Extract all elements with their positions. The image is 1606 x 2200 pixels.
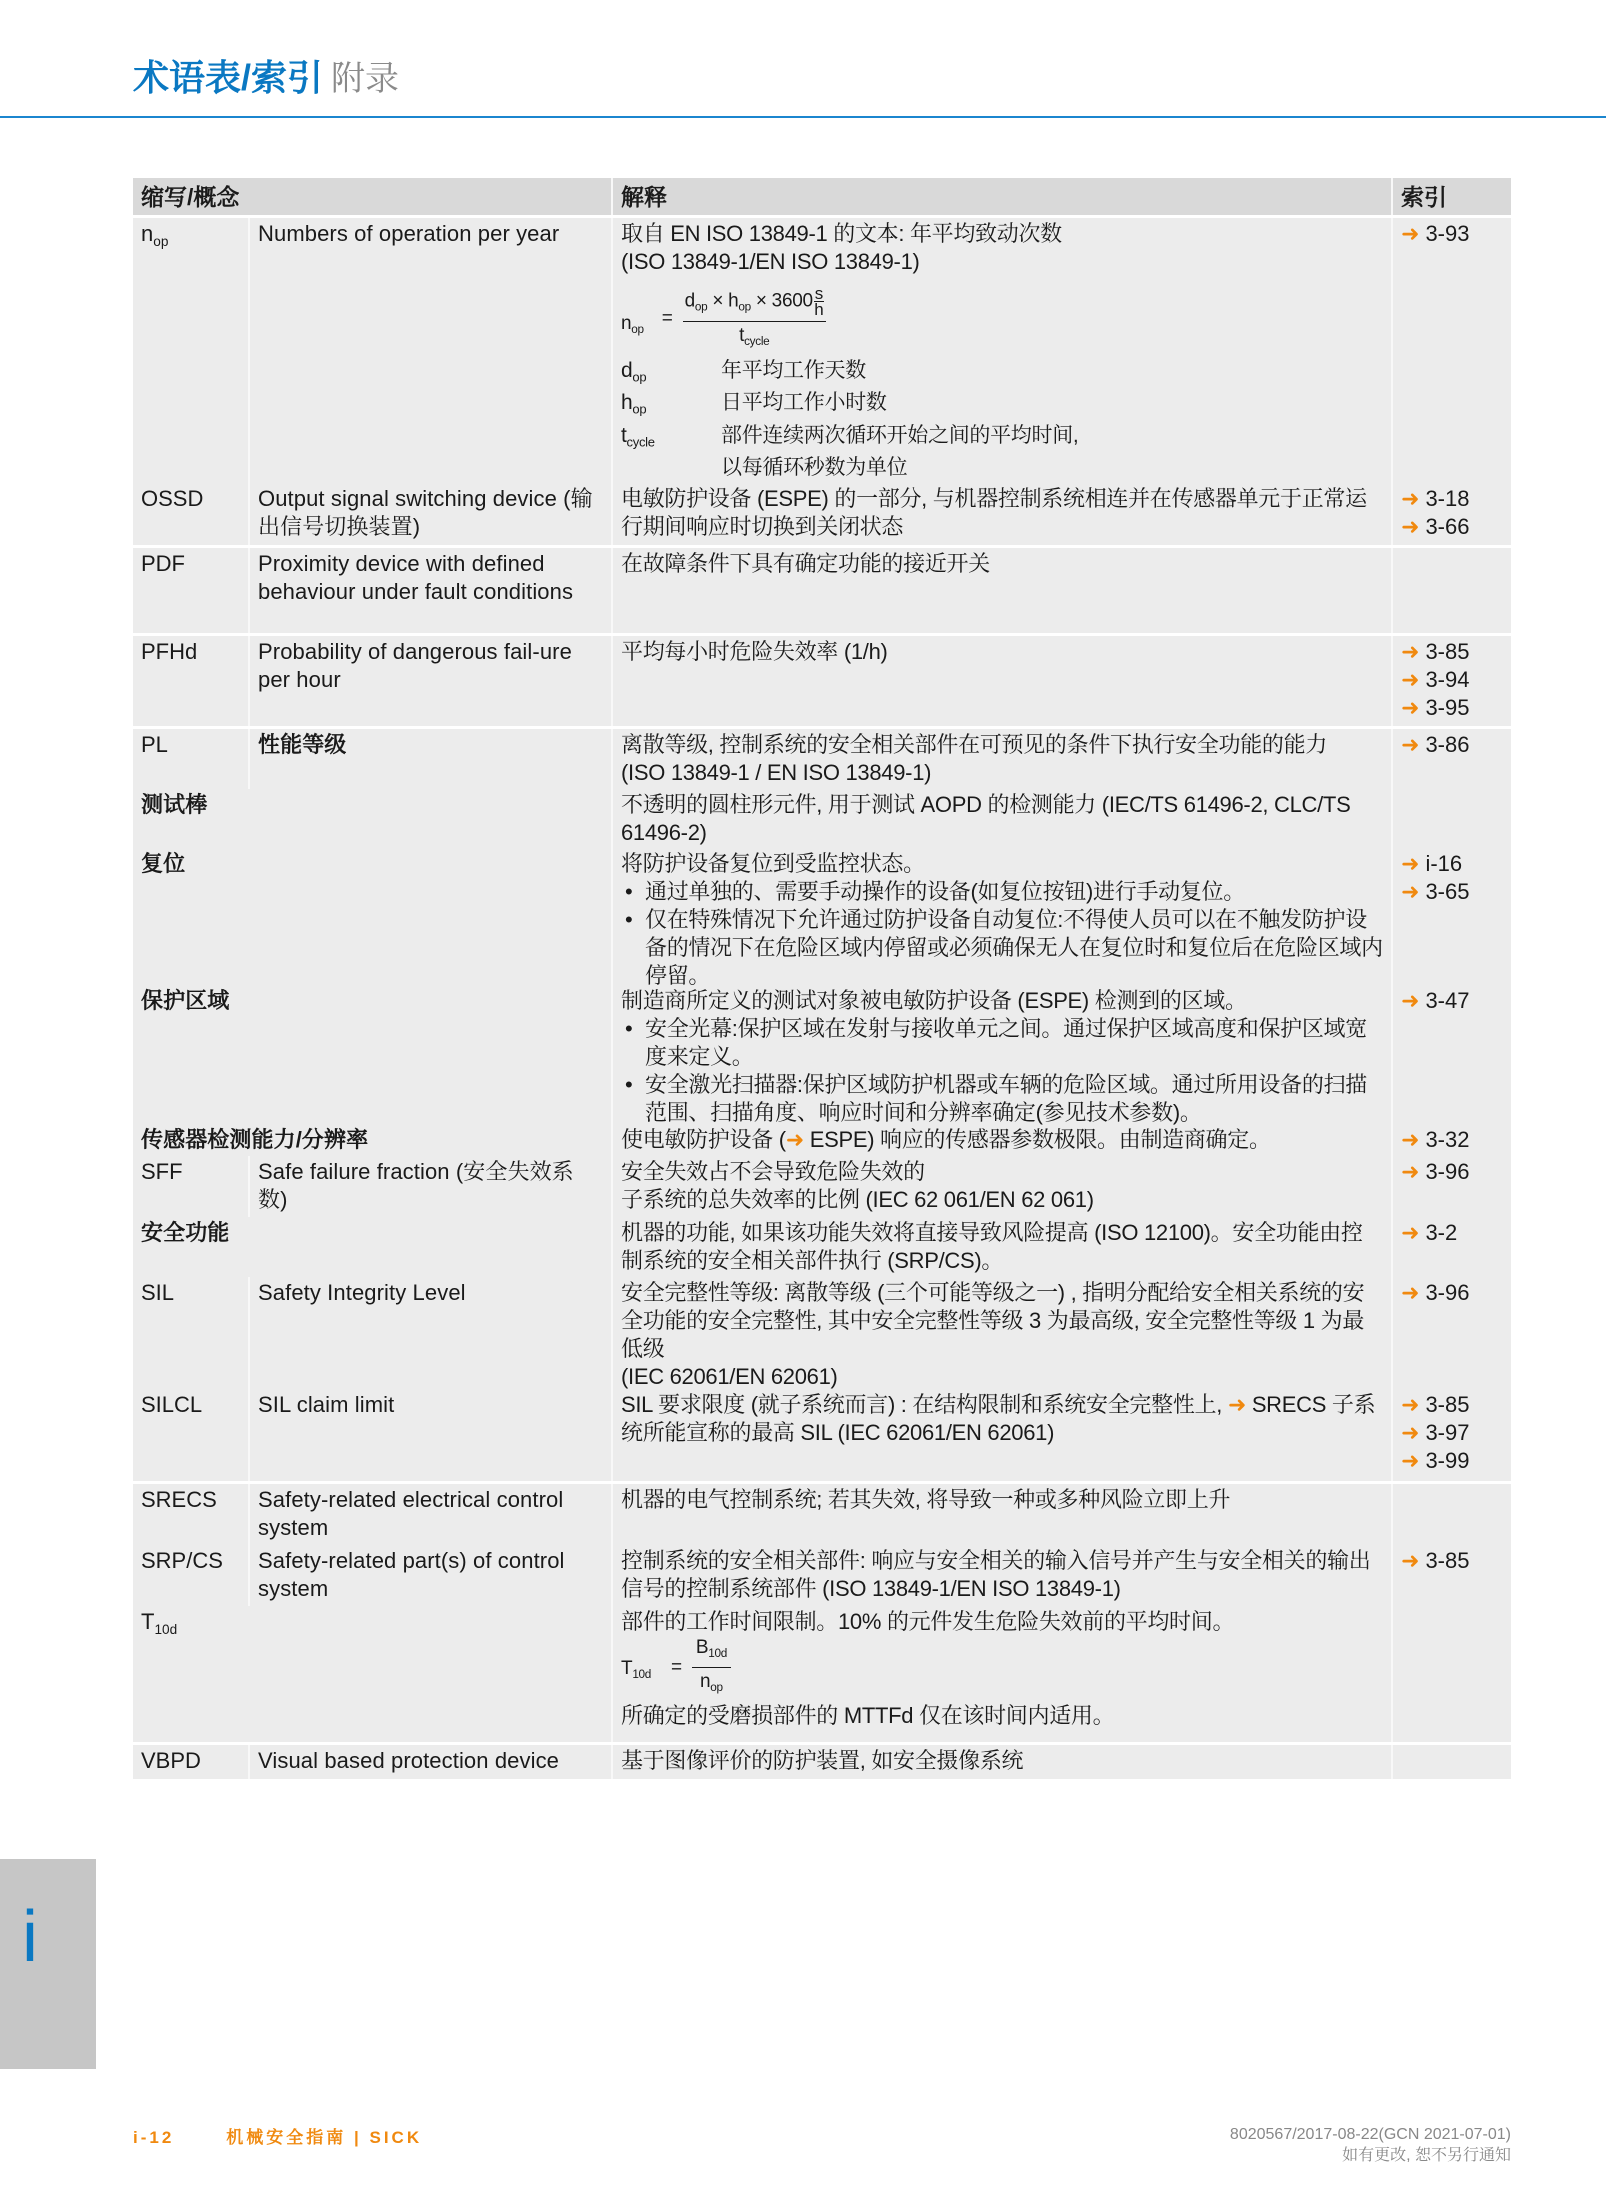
def-symbol [621, 455, 721, 481]
expl-line: 取自 EN ISO 13849-1 的文本: 年平均致动次数 [621, 220, 1383, 248]
arrow-right-icon: ➜ [1401, 485, 1419, 513]
formula-sub: op [631, 323, 644, 336]
ref-page: 3-99 [1425, 1447, 1469, 1475]
formula-equals: = [662, 309, 673, 329]
formula-symbol: h [728, 291, 738, 312]
table-row-pdf: PDF Proximity device with defined behavi… [133, 548, 1511, 633]
abbr-cell: T10d [133, 1606, 613, 1742]
ref-page: 3-96 [1425, 1158, 1469, 1186]
index-cell [1393, 1745, 1511, 1779]
index-cell: ➜3-96 [1393, 1156, 1511, 1218]
term-cell: Proximity device with defined behaviour … [250, 548, 613, 633]
ref-page: 3-85 [1425, 1547, 1469, 1575]
explanation-cell: 平均每小时危险失效率 (1/h) [613, 636, 1393, 726]
formula-symbol: n [621, 313, 631, 334]
def-symbol: dop [621, 358, 721, 391]
table-row-ossd: OSSD Output signal switching device (输出信… [133, 483, 1511, 545]
expl-line: 部件的工作时间限制。10% 的元件发生危险失效前的平均时间。 [621, 1608, 1383, 1636]
def-sub: op [632, 402, 646, 417]
header-divider [0, 116, 1606, 118]
formula-sub: op [710, 1681, 723, 1694]
bullet-list: 通过单独的、需要手动操作的设备(如复位按钮)进行手动复位。 仅在特殊情况下允许通… [621, 878, 1383, 990]
def-sym: h [621, 391, 632, 414]
abbr-cell: nop [133, 218, 250, 485]
abbr-cell: SILCL [133, 1389, 250, 1481]
explanation-cell: 机器的功能, 如果该功能失效将直接导致风险提高 (ISO 12100)。安全功能… [613, 1217, 1393, 1279]
expl-line: (ISO 13849-1 / EN ISO 13849-1) [621, 759, 1383, 787]
index-link[interactable]: ➜3-85 [1401, 1391, 1503, 1419]
page-title: 术语表/索引附录 [133, 56, 399, 101]
ref-page: 3-95 [1425, 694, 1469, 722]
expl-text: ) 响应的传感器参数极限。由制造商确定。 [867, 1127, 1270, 1152]
formula-sub: 10d [632, 1668, 651, 1681]
formula-sub: cycle [744, 335, 769, 348]
ref-page: 3-65 [1425, 878, 1469, 906]
arrow-right-icon: ➜ [786, 1127, 810, 1152]
bullet-item: 安全光幕:保护区域在发射与接收单元之间。通过保护区域高度和保护区域宽度来定义。 [621, 1015, 1383, 1071]
arrow-right-icon: ➜ [1401, 638, 1419, 666]
bullet-item: 通过单独的、需要手动操作的设备(如复位按钮)进行手动复位。 [621, 878, 1383, 906]
explanation-cell: 安全完整性等级: 离散等级 (三个可能等级之一) , 指明分配给安全相关系统的安… [613, 1277, 1393, 1395]
index-cell: ➜3-93 [1393, 218, 1511, 485]
index-link[interactable]: ➜3-85 [1401, 1547, 1503, 1575]
arrow-right-icon: ➜ [1401, 850, 1419, 878]
ref-page: 3-85 [1425, 1391, 1469, 1419]
term-cell: Numbers of operation per year [250, 218, 613, 485]
index-cell [1393, 1484, 1511, 1546]
index-link[interactable]: ➜3-99 [1401, 1447, 1503, 1475]
ref-page: 3-66 [1425, 513, 1469, 541]
page-header: 术语表/索引附录 [0, 0, 1606, 120]
ref-page: 3-97 [1425, 1419, 1469, 1447]
term-cell: Visual based protection device [250, 1745, 613, 1779]
explanation-cell: 机器的电气控制系统; 若其失效, 将导致一种或多种风险立即上升 [613, 1484, 1393, 1546]
table-row-srpcs: SRP/CS Safety-related part(s) of control… [133, 1545, 1511, 1603]
index-cell: ➜3-85 ➜3-94 ➜3-95 [1393, 636, 1511, 726]
term-cell: Safety Integrity Level [250, 1277, 613, 1395]
formula-times: × [756, 291, 767, 312]
term-cell: SIL claim limit [250, 1389, 613, 1481]
table-row-test-rod: 测试棒 不透明的圆柱形元件, 用于测试 AOPD 的检测能力 (IEC/TS 6… [133, 789, 1511, 845]
table-row-pl: PL 性能等级 离散等级, 控制系统的安全相关部件在可预见的条件下执行安全功能的… [133, 729, 1511, 786]
ref-page: 3-85 [1425, 638, 1469, 666]
index-link[interactable]: ➜3-97 [1401, 1419, 1503, 1447]
arrow-right-icon: ➜ [1401, 878, 1419, 906]
formula-denominator: nop [700, 1668, 723, 1698]
page-number: i-12 [133, 2128, 174, 2147]
formula-symbol: n [700, 1671, 710, 1692]
table-row-safety-function: 安全功能 机器的功能, 如果该功能失效将直接导致风险提高 (ISO 12100)… [133, 1217, 1511, 1274]
arrow-right-icon: ➜ [1401, 987, 1419, 1015]
expl-text: SIL 要求限度 (就子系统而言) : 在结构限制和系统安全完整性上, [621, 1392, 1228, 1417]
abbr-subscript: 10d [154, 1622, 177, 1637]
ref-page: 3-2 [1425, 1219, 1457, 1247]
arrow-right-icon: ➜ [1401, 513, 1419, 541]
index-cell: ➜i-16 ➜3-65 [1393, 848, 1511, 994]
term-cell: 性能等级 [250, 729, 613, 791]
ref-page: 3-47 [1425, 987, 1469, 1015]
def-text: 日平均工作小时数 [721, 390, 1383, 423]
formula-sub: op [695, 301, 708, 314]
explanation-cell: 离散等级, 控制系统的安全相关部件在可预见的条件下执行安全功能的能力 (ISO … [613, 729, 1393, 791]
explanation-cell: 取自 EN ISO 13849-1 的文本: 年平均致动次数 (ISO 1384… [613, 218, 1393, 485]
explanation-cell: 不透明的圆柱形元件, 用于测试 AOPD 的检测能力 (IEC/TS 61496… [613, 789, 1393, 851]
arrow-right-icon: ➜ [1401, 1158, 1419, 1186]
glossary-table: 缩写/概念 解释 索引 nop Numbers of operation per… [133, 178, 1511, 1777]
expl-line: 安全完整性等级: 离散等级 (三个可能等级之一) , 指明分配给安全相关系统的安… [621, 1279, 1383, 1363]
index-cell: ➜3-18 ➜3-66 [1393, 483, 1511, 545]
arrow-right-icon: ➜ [1401, 220, 1419, 248]
bullet-list: 安全光幕:保护区域在发射与接收单元之间。通过保护区域高度和保护区域宽度来定义。 … [621, 1015, 1383, 1127]
ref-page: 3-96 [1425, 1279, 1469, 1307]
arrow-right-icon: ➜ [1401, 1126, 1419, 1154]
espe-link[interactable]: ➜ ESPE [786, 1127, 867, 1152]
formula-numerator: B10d [692, 1638, 731, 1668]
explanation-cell: 安全失效占不会导致危险失效的 子系统的总失效率的比例 (IEC 62 061/E… [613, 1156, 1393, 1218]
column-header-explanation: 解释 [613, 178, 1393, 215]
expl-line: 所确定的受磨损部件的 MTTFd 仅在该时间内适用。 [621, 1702, 1383, 1730]
abbr-cell: OSSD [133, 483, 250, 545]
formula-denominator: tcycle [739, 322, 769, 352]
column-header-abbr-concept: 缩写/概念 [133, 178, 613, 215]
column-header-index: 索引 [1393, 178, 1511, 215]
footer-left: i-12机械安全指南 | SICK [133, 2123, 422, 2148]
expl-text: 使电敏防护设备 ( [621, 1127, 786, 1152]
expl-line: 离散等级, 控制系统的安全相关部件在可预见的条件下执行安全功能的能力 [621, 731, 1383, 759]
arrow-right-icon: ➜ [1401, 1279, 1419, 1307]
def-text: 以每循环秒数为单位 [721, 455, 1383, 481]
abbr-cell: PDF [133, 548, 250, 633]
def-sym: d [621, 359, 632, 382]
index-link[interactable]: ➜3-47 [1401, 987, 1503, 1015]
explanation-cell: 控制系统的安全相关部件: 响应与安全相关的输入信号并产生与安全相关的输出信号的控… [613, 1545, 1393, 1607]
index-link[interactable]: ➜3-93 [1401, 220, 1503, 248]
footer-right: 8020567/2017-08-22(GCN 2021-07-01) 如有更改,… [1230, 2124, 1511, 2166]
explanation-cell: 制造商所定义的测试对象被电敏防护设备 (ESPE) 检测到的区域。 安全光幕:保… [613, 985, 1393, 1131]
concept-cell: 保护区域 [133, 985, 613, 1131]
index-cell: ➜3-86 [1393, 729, 1511, 791]
def-symbol: tcycle [621, 423, 721, 456]
index-link[interactable]: ➜3-96 [1401, 1279, 1503, 1307]
abbr-cell: SIL [133, 1277, 250, 1395]
formula-lhs: nop [621, 314, 644, 340]
explanation-cell: 将防护设备复位到受监控状态。 通过单独的、需要手动操作的设备(如复位按钮)进行手… [613, 848, 1393, 994]
formula-nop: nop = dop × hop × 3600sh tcycle [621, 286, 1383, 352]
ref-page: 3-86 [1425, 731, 1469, 759]
formula-t10d: T10d = B10d nop [621, 1638, 1383, 1698]
abbr-subscript: op [153, 234, 168, 249]
ref-page: i-16 [1425, 850, 1462, 878]
expl-line: (ISO 13849-1/EN ISO 13849-1) [621, 248, 1383, 276]
arrow-right-icon: ➜ [1401, 666, 1419, 694]
def-sub: cycle [627, 434, 655, 449]
arrow-right-icon: ➜ [1401, 1447, 1419, 1475]
arrow-right-icon: ➜ [1401, 1391, 1419, 1419]
abbr-text: n [141, 221, 153, 246]
index-cell: ➜3-85 [1393, 1545, 1511, 1607]
bullet-item: 安全激光扫描器:保护区域防护机器或车辆的危险区域。通过所用设备的扫描范围、扫描角… [621, 1071, 1383, 1127]
variable-definitions: dop年平均工作天数 hop日平均工作小时数 tcycle部件连续两次循环开始之… [621, 358, 1383, 482]
formula-times: × [712, 291, 723, 312]
def-text: 年平均工作天数 [721, 358, 1383, 391]
title-main: 术语表/索引 [133, 57, 323, 98]
ref-page: 3-93 [1425, 220, 1469, 248]
link-text: ESPE [810, 1127, 868, 1152]
abbr-cell: SFF [133, 1156, 250, 1218]
formula-fraction: B10d nop [692, 1638, 731, 1698]
index-link[interactable]: ➜3-95 [1401, 694, 1503, 722]
index-cell [1393, 1606, 1511, 1742]
concept-cell: 测试棒 [133, 789, 613, 851]
index-link[interactable]: ➜3-85 [1401, 638, 1503, 666]
table-row-t10d: T10d 部件的工作时间限制。10% 的元件发生危险失效前的平均时间。 T10d… [133, 1606, 1511, 1742]
index-cell [1393, 548, 1511, 633]
arrow-right-icon: ➜ [1228, 1392, 1252, 1417]
expl-line: 将防护设备复位到受监控状态。 [621, 850, 1383, 878]
table-row-sff: SFF Safe failure fraction (安全失效系数) 安全失效占… [133, 1156, 1511, 1214]
change-notice: 如有更改, 恕不另行通知 [1230, 2145, 1511, 2166]
ref-page: 3-32 [1425, 1126, 1469, 1154]
title-sub: 附录 [331, 60, 399, 98]
index-link[interactable]: ➜3-32 [1401, 1126, 1503, 1154]
expl-line: (IEC 62061/EN 62061) [621, 1363, 1383, 1391]
expl-line: 制造商所定义的测试对象被电敏防护设备 (ESPE) 检测到的区域。 [621, 987, 1383, 1015]
formula-numerator: dop × hop × 3600sh [683, 286, 826, 322]
unit-den: h [814, 302, 823, 317]
arrow-right-icon: ➜ [1401, 694, 1419, 722]
link-text: SRECS [1252, 1392, 1326, 1417]
arrow-right-icon: ➜ [1401, 1419, 1419, 1447]
explanation-cell: 在故障条件下具有确定功能的接近开关 [613, 548, 1393, 633]
expl-line: 安全失效占不会导致危险失效的 [621, 1158, 1383, 1186]
index-cell: ➜3-32 [1393, 1124, 1511, 1158]
abbr-cell: PFHd [133, 636, 250, 726]
abbr-text: T [141, 1609, 154, 1634]
document-id: 8020567/2017-08-22(GCN 2021-07-01) [1230, 2124, 1511, 2145]
arrow-right-icon: ➜ [1401, 1547, 1419, 1575]
index-cell: ➜3-96 [1393, 1277, 1511, 1395]
arrow-right-icon: ➜ [1401, 1219, 1419, 1247]
term-cell: Safety-related electrical control system [250, 1484, 613, 1546]
formula-symbol: B [696, 1637, 708, 1658]
abbr-cell: PL [133, 729, 250, 791]
table-row-silcl: SILCL SIL claim limit SIL 要求限度 (就子系统而言) … [133, 1389, 1511, 1481]
index-link[interactable]: ➜i-16 [1401, 850, 1503, 878]
index-link[interactable]: ➜3-94 [1401, 666, 1503, 694]
table-row-nop: nop Numbers of operation per year 取自 EN … [133, 218, 1511, 480]
table-row-reset: 复位 将防护设备复位到受监控状态。 通过单独的、需要手动操作的设备(如复位按钮)… [133, 848, 1511, 982]
explanation-cell: 部件的工作时间限制。10% 的元件发生危险失效前的平均时间。 T10d = B1… [613, 1606, 1393, 1742]
formula-unit: sh [814, 286, 824, 317]
index-link[interactable]: ➜3-96 [1401, 1158, 1503, 1186]
index-cell: ➜3-2 [1393, 1217, 1511, 1279]
table-row-sil: SIL Safety Integrity Level 安全完整性等级: 离散等级… [133, 1277, 1511, 1386]
table-row-sensor-resolution: 传感器检测能力/分辨率 使电敏防护设备 (➜ ESPE) 响应的传感器参数极限。… [133, 1124, 1511, 1153]
explanation-cell: SIL 要求限度 (就子系统而言) : 在结构限制和系统安全完整性上, ➜ SR… [613, 1389, 1393, 1481]
formula-symbol: T [621, 1658, 632, 1679]
footer-brand: 机械安全指南 | SICK [226, 2128, 422, 2147]
abbr-cell: SRP/CS [133, 1545, 250, 1607]
index-link[interactable]: ➜3-18 [1401, 485, 1503, 513]
term-cell: Safe failure fraction (安全失效系数) [250, 1156, 613, 1218]
def-text: 部件连续两次循环开始之间的平均时间, [721, 423, 1383, 456]
concept-cell: 安全功能 [133, 1217, 613, 1279]
abbr-cell: VBPD [133, 1745, 250, 1779]
term-cell: Safety-related part(s) of control system [250, 1545, 613, 1607]
formula-symbol: d [685, 291, 695, 312]
bullet-item: 仅在特殊情况下允许通过防护设备自动复位:不得使人员可以在不触发防护设备的情况下在… [621, 906, 1383, 990]
explanation-cell: 基于图像评价的防护装置, 如安全摄像系统 [613, 1745, 1393, 1779]
index-cell: ➜3-47 [1393, 985, 1511, 1131]
table-row-srecs: SRECS Safety-related electrical control … [133, 1484, 1511, 1542]
ref-page: 3-94 [1425, 666, 1469, 694]
arrow-right-icon: ➜ [1401, 731, 1419, 759]
table-row-protective-field: 保护区域 制造商所定义的测试对象被电敏防护设备 (ESPE) 检测到的区域。 安… [133, 985, 1511, 1121]
index-link[interactable]: ➜3-66 [1401, 513, 1503, 541]
term-cell: Output signal switching device (输出信号切换装置… [250, 483, 613, 545]
table-row-pfhd: PFHd Probability of dangerous fail-ure p… [133, 636, 1511, 726]
term-cell: Probability of dangerous fail-ure per ho… [250, 636, 613, 726]
concept-cell: 传感器检测能力/分辨率 [133, 1124, 613, 1158]
formula-constant: 3600 [772, 291, 813, 312]
ref-page: 3-18 [1425, 485, 1469, 513]
index-cell: ➜3-85 ➜3-97 ➜3-99 [1393, 1389, 1511, 1481]
formula-sub: 10d [708, 1647, 727, 1660]
abbr-cell: SRECS [133, 1484, 250, 1546]
srecs-link[interactable]: ➜ SRECS [1228, 1392, 1326, 1417]
chapter-tab-index[interactable]: i [0, 1859, 96, 2069]
index-cell [1393, 789, 1511, 851]
def-sub: op [632, 369, 646, 384]
table-header-row: 缩写/概念 解释 索引 [133, 178, 1511, 215]
formula-lhs: T10d [621, 1659, 651, 1685]
def-symbol: hop [621, 390, 721, 423]
index-link[interactable]: ➜3-86 [1401, 731, 1503, 759]
concept-cell: 复位 [133, 848, 613, 994]
table-row-vbpd: VBPD Visual based protection device 基于图像… [133, 1745, 1511, 1774]
formula-fraction: dop × hop × 3600sh tcycle [683, 286, 826, 352]
info-icon: i [22, 1897, 38, 1977]
expl-line: 子系统的总失效率的比例 (IEC 62 061/EN 62 061) [621, 1186, 1383, 1214]
formula-equals: = [671, 1658, 682, 1678]
explanation-cell: 电敏防护设备 (ESPE) 的一部分, 与机器控制系统相连并在传感器单元于正常运… [613, 483, 1393, 545]
formula-sub: op [738, 301, 751, 314]
explanation-cell: 使电敏防护设备 (➜ ESPE) 响应的传感器参数极限。由制造商确定。 [613, 1124, 1393, 1158]
index-link[interactable]: ➜3-65 [1401, 878, 1503, 906]
index-link[interactable]: ➜3-2 [1401, 1219, 1503, 1247]
